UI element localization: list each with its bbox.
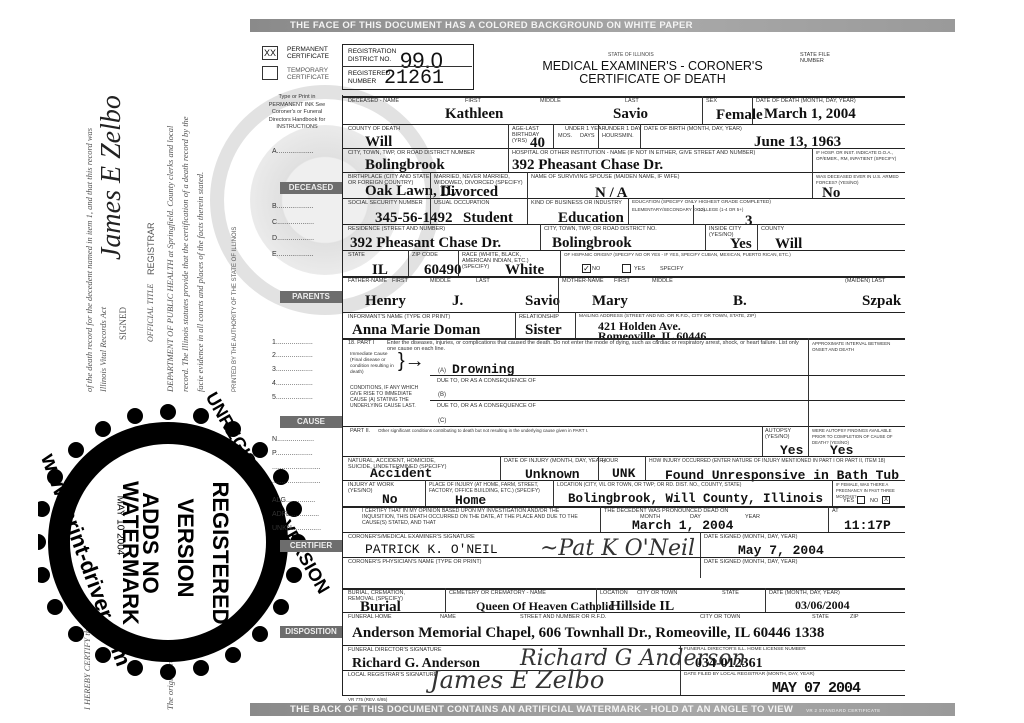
interval-label: APPROXIMATE INTERVAL BETWEEN ONSET AND D…: [812, 341, 902, 353]
part2-label: PART II.: [350, 428, 370, 434]
margin-adfl: ADFL...............: [272, 511, 340, 518]
location-value: Bolingbrook, Will County, Illinois: [568, 492, 823, 506]
part2-instructions: Other significant conditions contributin…: [378, 428, 588, 434]
cause-c-letter: (c): [438, 418, 446, 424]
disp-date-value: 03/06/2004: [795, 598, 850, 613]
section-disposition: DISPOSITION: [280, 626, 342, 638]
arrow-icon: }→: [398, 354, 425, 368]
at-work-label: INJURY AT WORK (YES/NO): [348, 482, 408, 494]
occupation-label: USUAL OCCUPATION: [434, 200, 490, 206]
document-title: MEDICAL EXAMINER'S - CORONER'S CERTIFICA…: [520, 60, 785, 86]
margin-letter-n: N...................: [272, 436, 340, 443]
hispanic-no-checkbox[interactable]: ✓: [582, 264, 591, 273]
due-to-label-1: DUE TO, OR AS A CONSEQUENCE OF: [437, 378, 536, 384]
father-first-label: FIRST: [392, 278, 408, 284]
at-label: AT: [832, 508, 839, 514]
autopsy-label: AUTOPSY (YES/NO): [765, 428, 793, 440]
father-first: Henry: [365, 293, 406, 310]
top-banner: THE FACE OF THIS DOCUMENT HAS A COLORED …: [250, 19, 955, 32]
director-signature-label: FUNERAL DIRECTOR'S SIGNATURE: [348, 647, 442, 653]
min-label: MIN.: [622, 133, 634, 139]
section-certifier: CERTIFIER: [280, 540, 342, 552]
sex-value: Female: [716, 107, 763, 124]
hispanic-label: OF HISPANIC ORIGIN? (SPECIFY NO OR YES -…: [564, 252, 791, 258]
at-work-value: No: [382, 492, 398, 507]
under-1-year-label: UNDER 1 YEAR: [565, 126, 606, 132]
dept-line3: facie evidence in all courts and places …: [195, 172, 205, 392]
pregnancy-no-label: NO: [870, 498, 878, 504]
title-line2: CERTIFICATE OF DEATH: [520, 73, 785, 86]
informant-label: INFORMANT'S NAME (TYPE OR PRINT): [348, 314, 450, 320]
ssn-label: SOCIAL SECURITY NUMBER: [348, 200, 423, 206]
margin-num-1: 1...................: [272, 339, 340, 346]
registrar-signature: James E Zelbo: [96, 95, 128, 260]
form-number: VR 775 (REV. 6/95): [348, 697, 387, 703]
armed-forces-value: No: [822, 185, 840, 202]
local-registrar-signature: James E Zelbo: [430, 666, 604, 694]
deceased-first-name: Kathleen: [445, 106, 503, 123]
college-label: College (1-4 or 5+): [697, 207, 743, 213]
margin-letter-b: B...................: [272, 203, 340, 210]
date-filed-label: DATE FILED BY LOCAL REGISTRAR (MONTH, DA…: [684, 672, 815, 678]
residence-label: RESIDENCE (STREET AND NUMBER): [348, 226, 445, 232]
cause-b-letter: (b): [438, 392, 446, 398]
physician-label: CORONER'S PHYSICIAN'S NAME (Type or Prin…: [348, 559, 482, 565]
funeral-zip-label: ZIP: [850, 614, 859, 620]
instructions-text: Type or Print in PERMANENT INK See Coron…: [262, 94, 332, 132]
hours-label: HOURS: [602, 133, 622, 139]
disp-city-label: CITY OR TOWN: [637, 590, 677, 596]
temporary-checkbox[interactable]: [262, 66, 278, 80]
permanent-checkbox[interactable]: XX: [262, 46, 278, 60]
bottom-banner: THE BACK OF THIS DOCUMENT CONTAINS AN AR…: [250, 703, 955, 716]
state-file-label: STATE FILE NUMBER: [800, 52, 840, 64]
mother-label: MOTHER-NAME: [562, 278, 604, 284]
watermark-line-version: VERSION: [172, 458, 198, 638]
date-signed-label: DATE SIGNED (MONTH, DAY, YEAR): [704, 534, 797, 540]
margin-alg: ALG...............: [272, 497, 340, 504]
middle-label: MIDDLE: [540, 98, 561, 104]
mother-first: Mary: [592, 293, 628, 310]
state-label: STATE: [348, 252, 365, 258]
margin-letter-a: A...................: [272, 148, 340, 155]
margin-letter-d: D...................: [272, 235, 340, 242]
zip-label: ZIP CODE: [412, 252, 438, 258]
registrar-text-line1: of the death record for the decedent nam…: [84, 128, 94, 392]
signed-label: SIGNED: [118, 307, 128, 340]
place-label: PLACE OF INJURY (AT HOME, FARM, STREET, …: [429, 482, 559, 494]
date-signed-value: May 7, 2004: [738, 543, 824, 558]
hispanic-yes-checkbox[interactable]: [622, 264, 631, 273]
mother-middle: B.: [733, 293, 747, 310]
license-label: FUNERAL DIRECTOR'S ILL. HOME LICENSE NUM…: [684, 647, 806, 653]
certify-text: I CERTIFY THAT IN MY OPINION BASED UPON …: [362, 508, 582, 526]
pregnancy-no-checkbox[interactable]: X: [882, 496, 890, 504]
conditions-label: CONDITIONS, IF ANY WHICH GIVE RISE TO IM…: [350, 385, 420, 409]
mos-label: MOS.: [558, 133, 572, 139]
date-of-death-value: March 1, 2004: [764, 106, 856, 123]
location-label: LOCATION (CITY, VIL OR TOWN, OR TWP; OR …: [557, 482, 741, 488]
pregnancy-yes-label: YES: [843, 498, 854, 504]
hispanic-yes-label: YES: [634, 266, 645, 272]
due-to-label-2: DUE TO, OR AS A CONSEQUENCE OF: [437, 403, 536, 409]
hospital-label: HOSPITAL OR OTHER INSTITUTION - NAME (IF…: [512, 150, 755, 156]
funeral-name-label: NAME: [440, 614, 456, 620]
funeral-state-label: STATE: [812, 614, 829, 620]
pregnancy-yes-checkbox[interactable]: [857, 496, 865, 504]
bottom-banner-small: VR 2 STANDARD CERTIFICATE: [806, 708, 880, 713]
county-label: COUNTY OF DEATH: [348, 126, 400, 132]
sex-label: SEX: [706, 98, 717, 104]
margin-num-5: 5...................: [272, 394, 340, 401]
under-1-day-label: UNDER 1 DAY: [605, 126, 642, 132]
permanent-label: PERMANENT CERTIFICATE: [287, 46, 337, 60]
coroner-name: PATRICK K. O'NEIL: [365, 542, 498, 557]
father-last-label: LAST: [476, 278, 490, 284]
hispanic-no-label: NO: [592, 266, 600, 272]
injury-date-label: DATE OF INJURY (MONTH, DAY, YEAR): [504, 458, 605, 464]
margin-letter-c: C...................: [272, 219, 340, 226]
margin-dots-1: .........................: [272, 464, 340, 471]
father-label: FATHER-NAME: [348, 278, 387, 284]
date-signed2-label: DATE SIGNED (MONTH, DAY, YEAR): [704, 559, 797, 565]
relationship-label: RELATIONSHIP: [519, 314, 559, 320]
city-label: CITY, TOWN, TWP, OR ROAD DISTRICT NUMBER: [348, 150, 475, 156]
mother-last: Szpak: [862, 293, 901, 310]
manner-value: Accident: [370, 466, 432, 481]
stamp-date: MAY 10 2004: [115, 466, 126, 586]
res-city-label: CITY, TOWN, TWP, OR ROAD DISTRICT NO.: [544, 226, 657, 232]
bottom-banner-text: THE BACK OF THIS DOCUMENT CONTAINS AN AR…: [290, 704, 793, 715]
time-value: 11:17P: [844, 518, 891, 533]
margin-num-3: 3...................: [272, 366, 340, 373]
watermark-line-registered: REGISTERED: [207, 453, 233, 653]
spouse-label: NAME OF SURVIVING SPOUSE (MAIDEN NAME, I…: [531, 174, 679, 180]
how-injury-label: HOW INJURY OCCURRED (ENTER NATURE OF INJ…: [649, 458, 904, 464]
autopsy-findings-label: WERE AUTOPSY FINDINGS AVAILABLE PRIOR TO…: [812, 428, 902, 446]
margin-num-4: 4...................: [272, 380, 340, 387]
deceased-last-name: Savio: [613, 106, 648, 123]
dept-line2: record. The Illinois statutes provide th…: [180, 116, 190, 392]
mother-first-label: FIRST: [614, 278, 630, 284]
registrar-text-line2: Illinois Vital Records Act: [98, 307, 108, 392]
hosp-doa-label: IF HOSP. OR INST. INDICATE D.O.A., OP/EM…: [816, 150, 902, 162]
margin-letter-p: P...................: [272, 450, 340, 457]
date-of-death-label: DATE OF DEATH (MONTH, DAY, YEAR): [756, 98, 856, 104]
section-cause: CAUSE: [280, 416, 342, 428]
funeral-home-label: FUNERAL HOME: [348, 614, 392, 620]
hispanic-specify-label: SPECIFY: [660, 266, 684, 272]
days-label: DAYS: [580, 133, 595, 139]
printed-by-label: PRINTED BY THE AUTHORITY OF THE STATE OF…: [232, 227, 238, 392]
dept-line1: DEPARTMENT OF PUBLIC HEALTH at Springfie…: [165, 126, 175, 392]
temporary-label: TEMPORARY CERTIFICATE: [287, 67, 337, 81]
funeral-home-value: Anderson Memorial Chapel, 606 Townhall D…: [352, 625, 824, 642]
funeral-city-label: CITY OR TOWN: [700, 614, 740, 620]
first-label: FIRST: [465, 98, 481, 104]
registrar-signature-label: LOCAL REGISTRAR'S SIGNATURE: [348, 672, 437, 678]
margin-dots-2: .........................: [272, 478, 340, 485]
mother-middle-label: MIDDLE: [652, 278, 673, 284]
state-label: STATE OF ILLINOIS: [608, 52, 654, 58]
cemetery-label: CEMETERY OR CREMATORY - NAME: [449, 590, 546, 596]
section-parents: PARENTS: [280, 291, 342, 303]
registered-number-value: 21261: [384, 67, 444, 90]
disp-location-label: LOCATION: [600, 590, 628, 596]
res-county-label: COUNTY: [761, 226, 784, 232]
immediate-cause-label: Immediate Cause (Final disease or condit…: [350, 352, 398, 376]
business-label: KIND OF BUSINESS OR INDUSTRY: [531, 200, 622, 206]
father-last: Savio: [525, 293, 560, 310]
last-label: LAST: [625, 98, 639, 104]
part1-label: 18. PART I: [348, 340, 374, 346]
registration-district-label: REGISTRATION DISTRICT NO.: [348, 48, 398, 64]
dob-label: DATE OF BIRTH (MONTH, DAY, YEAR): [644, 126, 742, 132]
father-middle-label: MIDDLE: [430, 278, 451, 284]
margin-unkn: UNKN...............: [272, 525, 340, 532]
mother-maiden-label: (MAIDEN) LAST: [845, 278, 885, 284]
margin-num-2: 2...................: [272, 352, 340, 359]
elementary-label: Elementary/Secondary (0-12): [632, 207, 705, 213]
informant-value: Anna Marie Doman: [352, 322, 480, 339]
pronounced-label: THE DECEDENT WAS PRONOUNCED DEAD ON: [604, 508, 728, 514]
funeral-street-label: STREET AND NUMBER OR R.F.D.: [520, 614, 606, 620]
pronounced-value: March 1, 2004: [632, 518, 733, 533]
cause-a-letter: (a): [438, 368, 446, 374]
father-middle: J.: [452, 293, 463, 310]
relationship-value: Sister: [525, 322, 562, 339]
registrar-title: REGISTRAR: [146, 222, 156, 275]
hour-label: HOUR: [602, 458, 618, 464]
name-label: DECEASED - NAME: [348, 98, 399, 104]
disp-state-label: STATE: [722, 590, 739, 596]
year-label: YEAR: [745, 514, 760, 520]
part1-instructions: Enter the diseases, injuries, or complic…: [387, 340, 802, 352]
registered-number-label: REGISTERED NUMBER: [348, 70, 388, 86]
margin-letter-e: E...................: [272, 251, 340, 258]
section-deceased: DECEASED: [280, 182, 342, 194]
education-label: EDUCATION (SPECIFY ONLY HIGHEST GRADE CO…: [632, 200, 771, 206]
official-title-label: OFFICIAL TITLE: [146, 284, 155, 342]
disp-date-label: DATE (MONTH, DAY, YEAR): [769, 590, 840, 596]
hour-value: UNK: [612, 466, 635, 481]
coroner-signature-label: CORONER'S/MEDICAL EXAMINER'S SIGNATURE: [348, 534, 475, 540]
